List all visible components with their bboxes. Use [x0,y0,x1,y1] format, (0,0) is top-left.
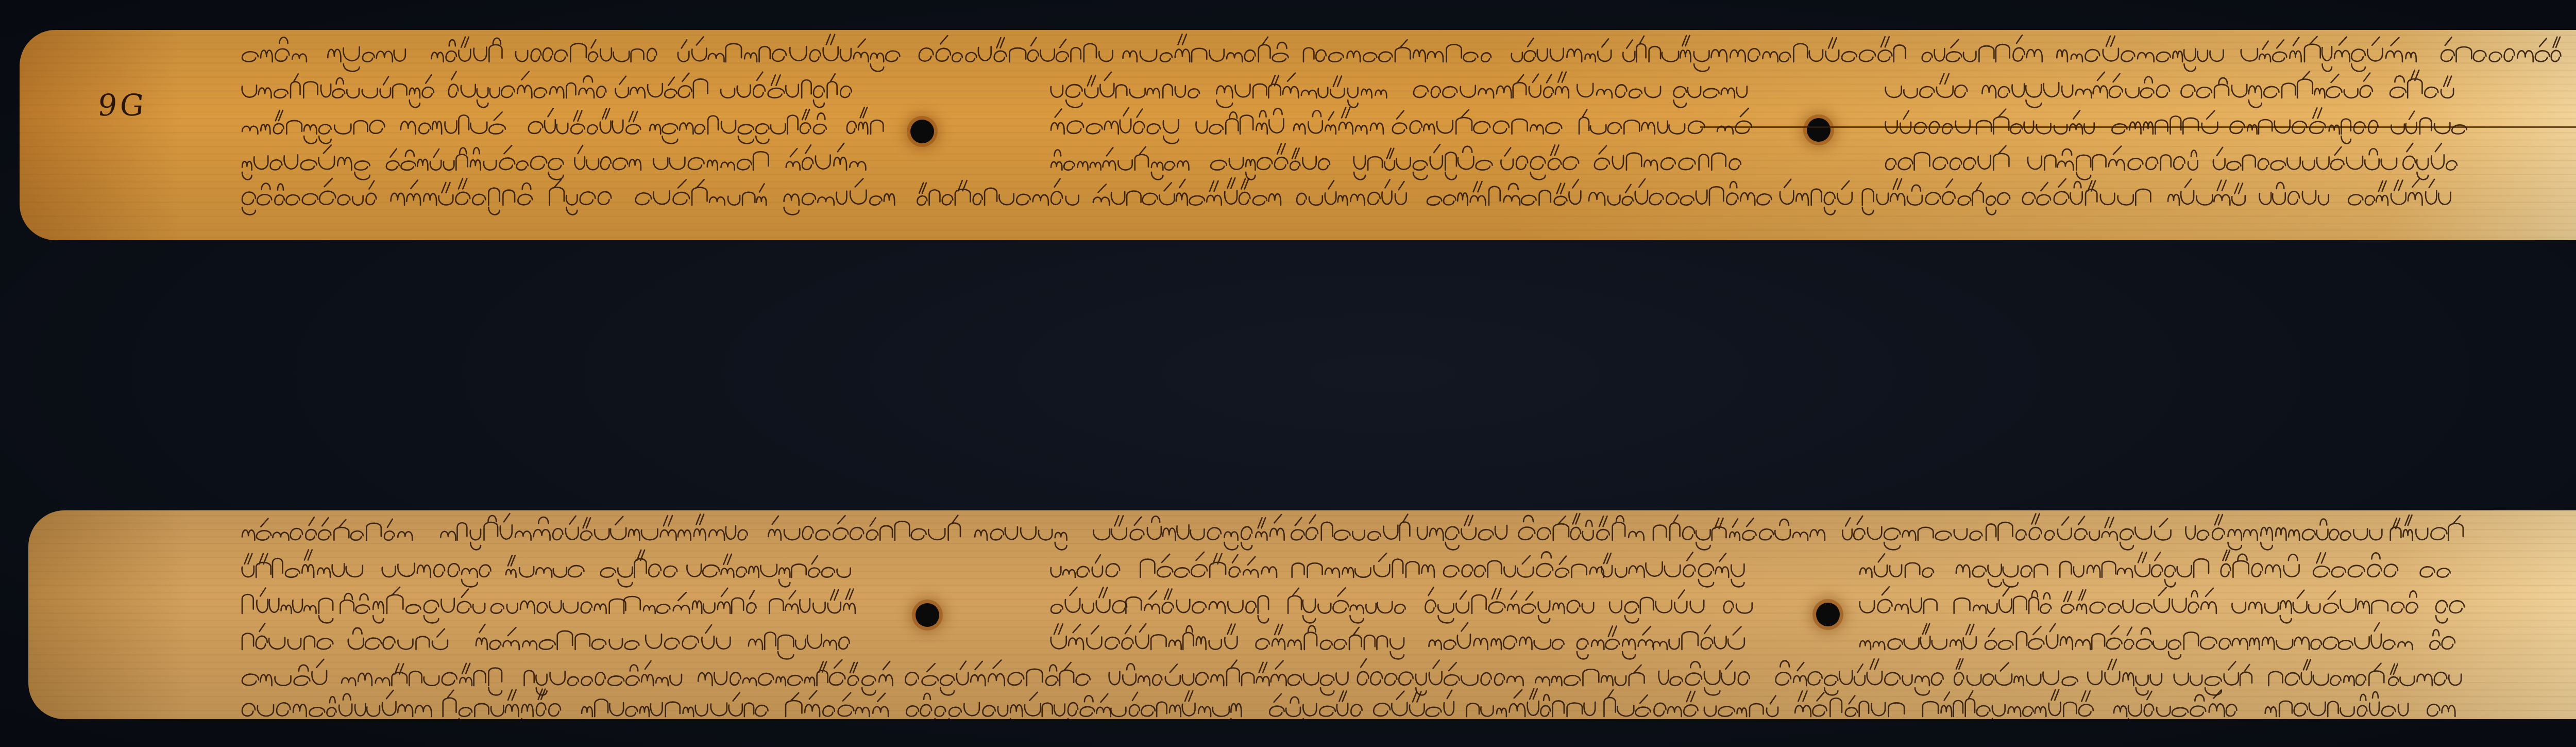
script-word [242,145,370,179]
script-word [1425,587,1594,623]
script-word [476,624,639,650]
script-word [1393,110,1562,134]
script-word [2269,659,2384,686]
script-word [678,37,786,62]
script-word [1374,690,1454,717]
script-word [650,109,826,143]
script-word [624,588,756,613]
script-word [242,588,333,623]
script-word [917,179,1078,205]
script-word [1051,108,1179,144]
script-word [698,660,892,695]
script-word [2057,36,2223,72]
script-word [1501,145,1579,179]
script-word [1886,74,1968,98]
script-word [1288,588,1405,623]
script-word [443,689,561,719]
script-word [1780,179,1852,215]
script-word [646,625,730,649]
script-word [2388,664,2461,686]
script-word [1429,623,1564,650]
script-word [342,663,502,695]
script-word [2441,37,2561,62]
script-word [2403,143,2457,179]
handwritten-script-lines [28,510,2576,719]
script-word [1748,37,1905,62]
script-word [1982,72,2170,107]
script-word [2221,550,2299,577]
script-word [2348,179,2450,205]
script-word [449,72,606,108]
script-word [1886,146,2009,170]
script-word [2420,567,2450,577]
script-word [653,152,768,170]
palm-leaf-manuscript-top: 9G [20,30,2576,240]
script-word [1535,665,1644,686]
script-word [2391,515,2463,540]
script-word [431,37,502,62]
script-word [440,513,550,550]
script-word [582,693,768,717]
script-word [328,47,405,71]
script-word [242,110,385,143]
script-word [1211,660,1348,695]
script-word [749,632,850,659]
script-word [687,554,850,587]
script-word [2088,659,2162,695]
script-word [574,145,641,170]
script-word [242,178,376,214]
script-word [1303,40,1491,62]
script-word [721,72,852,108]
script-word [2181,72,2372,108]
script-word [1444,552,1604,577]
script-word [1109,663,1208,686]
script-word [1051,587,1127,613]
script-word [1860,624,1976,650]
handwritten-script-lines [20,30,2576,240]
script-word [1886,111,1970,134]
script-word [905,660,1090,695]
script-word [2023,179,2151,205]
script-word [770,589,855,613]
script-word [2265,692,2408,717]
script-word [242,74,434,107]
script-word [1985,623,2153,650]
script-word [1358,659,1523,695]
script-word [975,527,1066,550]
script-word [550,179,612,214]
script-word [1051,147,1189,180]
script-word [1579,110,1705,134]
script-word [1860,554,1934,577]
script-word [601,550,677,587]
script-word [242,623,333,650]
script-word [1601,552,1744,587]
script-word [2213,147,2397,170]
script-word [506,556,584,577]
script-word [2185,514,2382,550]
script-word [1051,555,1120,577]
binding-hole [1816,603,1840,626]
script-word [2174,661,2252,695]
script-word [1860,587,1937,613]
script-word [242,659,327,686]
script-word [1051,72,1200,107]
script-word [768,516,960,540]
script-word [1294,107,1383,134]
script-word [1795,691,1904,717]
script-word [847,107,883,134]
palm-leaf-manuscript-bottom [28,510,2576,719]
script-word [1653,515,1825,550]
script-word [1211,144,1330,180]
script-word [784,179,895,215]
script-word [382,563,491,587]
script-word [786,143,866,170]
script-word [391,178,532,214]
script-word [242,550,363,577]
script-word [1776,659,1943,695]
script-word [401,112,505,134]
script-word [1577,626,1654,659]
script-word [1976,109,2094,134]
script-word [2112,111,2217,134]
script-word [2259,182,2328,205]
script-word [1196,108,1283,134]
script-word [1699,153,1741,170]
script-word [2232,590,2418,623]
script-word [529,108,641,134]
script-word [2061,587,2216,613]
script-word [524,661,682,695]
script-word [2427,704,2455,717]
script-word [1519,513,1644,540]
script-word [2060,552,2209,587]
script-word [1354,144,1493,179]
script-word [2153,632,2338,659]
script-word [1659,661,1750,695]
script-word [1297,179,1406,205]
script-word [919,36,1113,62]
script-word [341,587,485,623]
script-word [1954,588,2052,613]
script-word [1954,659,2078,686]
script-word [553,514,748,540]
binding-hole [1807,118,1831,142]
script-word [1609,590,1704,623]
script-word [1111,691,1241,719]
script-word [1126,589,1268,623]
script-word [1291,514,1410,540]
script-word [242,517,412,540]
script-word [516,40,657,62]
script-word [1417,516,1507,550]
binding-hole [910,120,934,143]
script-word [1094,514,1284,550]
script-word [1604,690,1698,717]
script-word [1140,552,1277,577]
script-word [2241,37,2416,72]
script-word [1653,625,1744,650]
script-word [1216,73,1386,108]
script-word [636,179,766,205]
script-word [1674,86,1747,107]
script-word [1704,695,1778,717]
script-word [1427,179,1581,205]
leaf-crack [1700,126,2576,128]
script-word [1595,146,1696,170]
script-word [1623,36,1745,71]
script-word [2430,629,2455,650]
script-word [2338,623,2412,650]
script-word [242,690,431,717]
script-word [1512,38,1611,62]
script-word [2168,179,2245,205]
binding-hole [916,603,939,627]
script-word [1292,553,1434,577]
script-word [348,628,448,650]
script-word [1123,35,1289,62]
script-word [1093,178,1281,205]
script-word [1051,624,1238,650]
script-word [1589,179,1772,205]
folio-number: 9G [96,88,148,123]
script-word [1922,35,2042,62]
script-word [386,145,564,179]
script-word [1862,179,2010,215]
script-word [1414,72,1569,98]
script-word [1717,108,1752,134]
script-word [1577,84,1660,98]
script-word [2230,108,2378,143]
script-word [1256,624,1404,659]
script-word [2313,553,2398,577]
script-word [1986,513,2171,550]
script-word [1956,565,2047,587]
script-word [242,37,307,62]
script-word [1724,601,1752,613]
script-word [1467,689,1595,717]
script-word [2391,111,2467,134]
script-word [1842,516,1982,550]
script-word [2028,146,2198,179]
script-word [790,35,900,72]
script-word [906,692,1110,719]
script-word [615,73,707,98]
script-word [491,599,626,613]
script-word [1923,690,2093,719]
script-word [2436,601,2464,623]
script-word [1269,691,1362,719]
script-word [2390,70,2453,98]
